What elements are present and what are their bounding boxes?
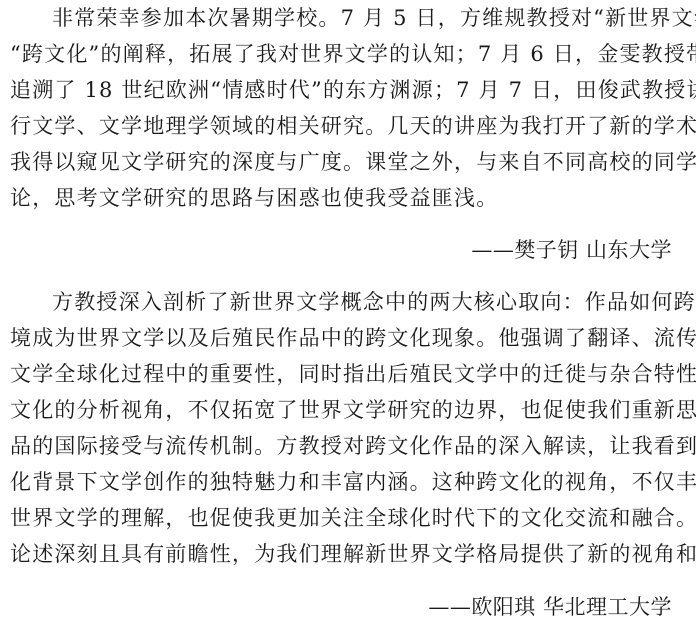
signature: ——樊子钥 山东大学 [471, 238, 672, 262]
paragraph-line: 非常荣幸参加本次暑期学校。7 月 5 日，方维规教授对“新世界文学”与 [52, 6, 696, 30]
paragraph-line: 论，思考文学研究的思路与困惑也使我受益匪浅。 [10, 186, 498, 210]
paragraph-line: 方教授深入剖析了新世界文学概念中的两大核心取向：作品如何跨越文化语 [52, 290, 696, 314]
paragraph-line: 世界文学的理解，也促使我更加关注全球化时代下的文化交流和融合。方教授的 [10, 506, 696, 530]
signature: ——欧阳琪 华北理工大学 [428, 595, 672, 619]
paragraph-line: “跨文化”的阐释，拓展了我对世界文学的认知；7 月 6 日，金雯教授带领我们 [10, 42, 696, 66]
paragraph-line: 文学全球化过程中的重要性，同时指出后殖民文学中的迁徙与杂合特性。这种跨 [10, 362, 696, 386]
paragraph-line: 我得以窥见文学研究的深度与广度。课堂之外，与来自不同高校的同学们交流讨 [10, 150, 696, 174]
paragraph-line: 境成为世界文学以及后殖民作品中的跨文化现象。他强调了翻译、流传与阅读在 [10, 326, 696, 350]
paragraph-line: 行文学、文学地理学领域的相关研究。几天的讲座为我打开了新的学术视野，让 [10, 114, 696, 138]
paragraph-line: 文化的分析视角，不仅拓宽了世界文学研究的边界，也促使我们重新思考文学作 [10, 398, 696, 422]
paragraph-line: 化背景下文学创作的独特魅力和丰富内涵。这种跨文化的视角，不仅丰富了我对 [10, 470, 696, 494]
paragraph-line: 追溯了 18 世纪欧洲“情感时代”的东方渊源；7 月 7 日，田俊武教授讲解了旅 [10, 78, 696, 102]
paragraph-line: 论述深刻且具有前瞻性，为我们理解新世界文学格局提供了新的视角和方法。 [10, 542, 696, 566]
paragraph-line: 品的国际接受与流传机制。方教授对跨文化作品的深入解读，让我看到了不同文 [10, 434, 696, 458]
